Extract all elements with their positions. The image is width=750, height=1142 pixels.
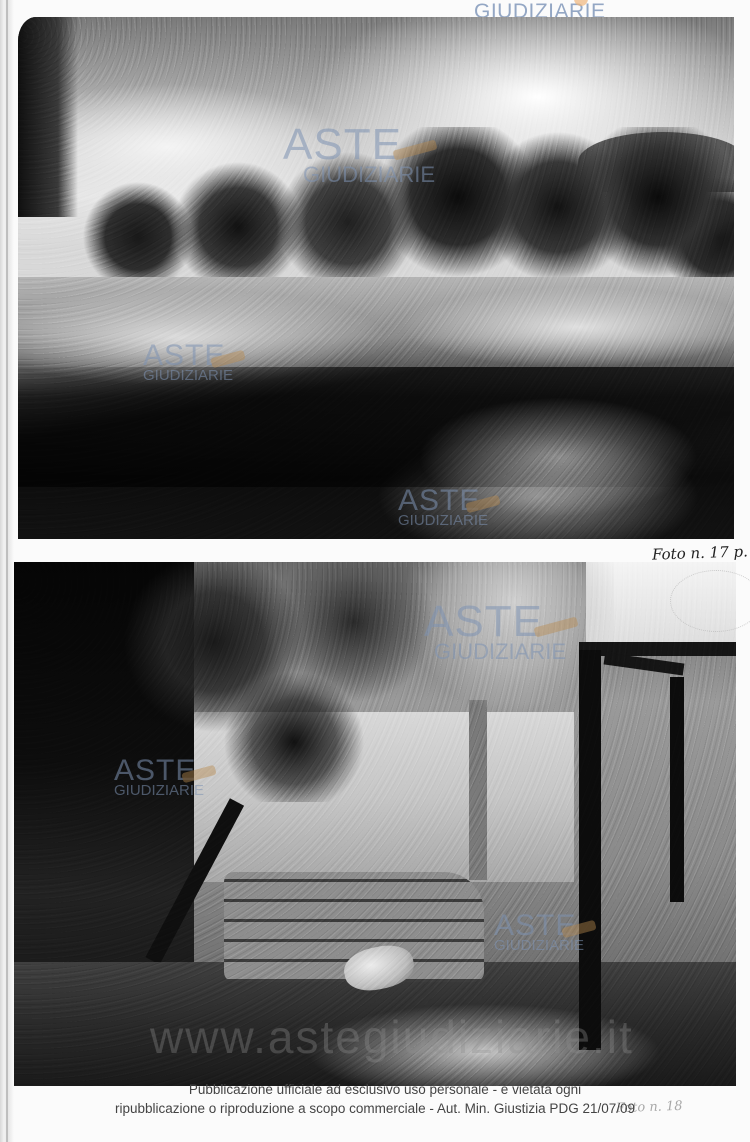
- photo-garden: ASTE GIUDIZIARIE ASTE GIUDIZIARIE ASTE G…: [14, 562, 736, 1086]
- tree-foliage: [94, 562, 614, 802]
- pergola-post: [579, 650, 601, 1050]
- pergola-beam: [579, 642, 736, 656]
- scan-binding-line: [6, 0, 8, 1142]
- handwritten-photo-label: Foto n. 17 p.: [652, 542, 748, 563]
- legal-footer: Pubblicazione ufficiale ad esclusivo uso…: [0, 1080, 750, 1118]
- footer-line-2: ripubblicazione o riproduzione a scopo c…: [0, 1099, 750, 1118]
- watermark-url: www.astegiudiziarie.it: [150, 1010, 634, 1064]
- sky-dark-edge: [18, 17, 78, 217]
- pergola-post: [670, 677, 684, 902]
- footer-line-1: Pubblicazione ufficiale ad esclusivo uso…: [0, 1080, 750, 1099]
- sunlit-bank: [418, 397, 698, 517]
- photo-orchard: ASTE GIUDIZIARIE ASTE GIUDIZIARIE ASTE G…: [18, 17, 734, 539]
